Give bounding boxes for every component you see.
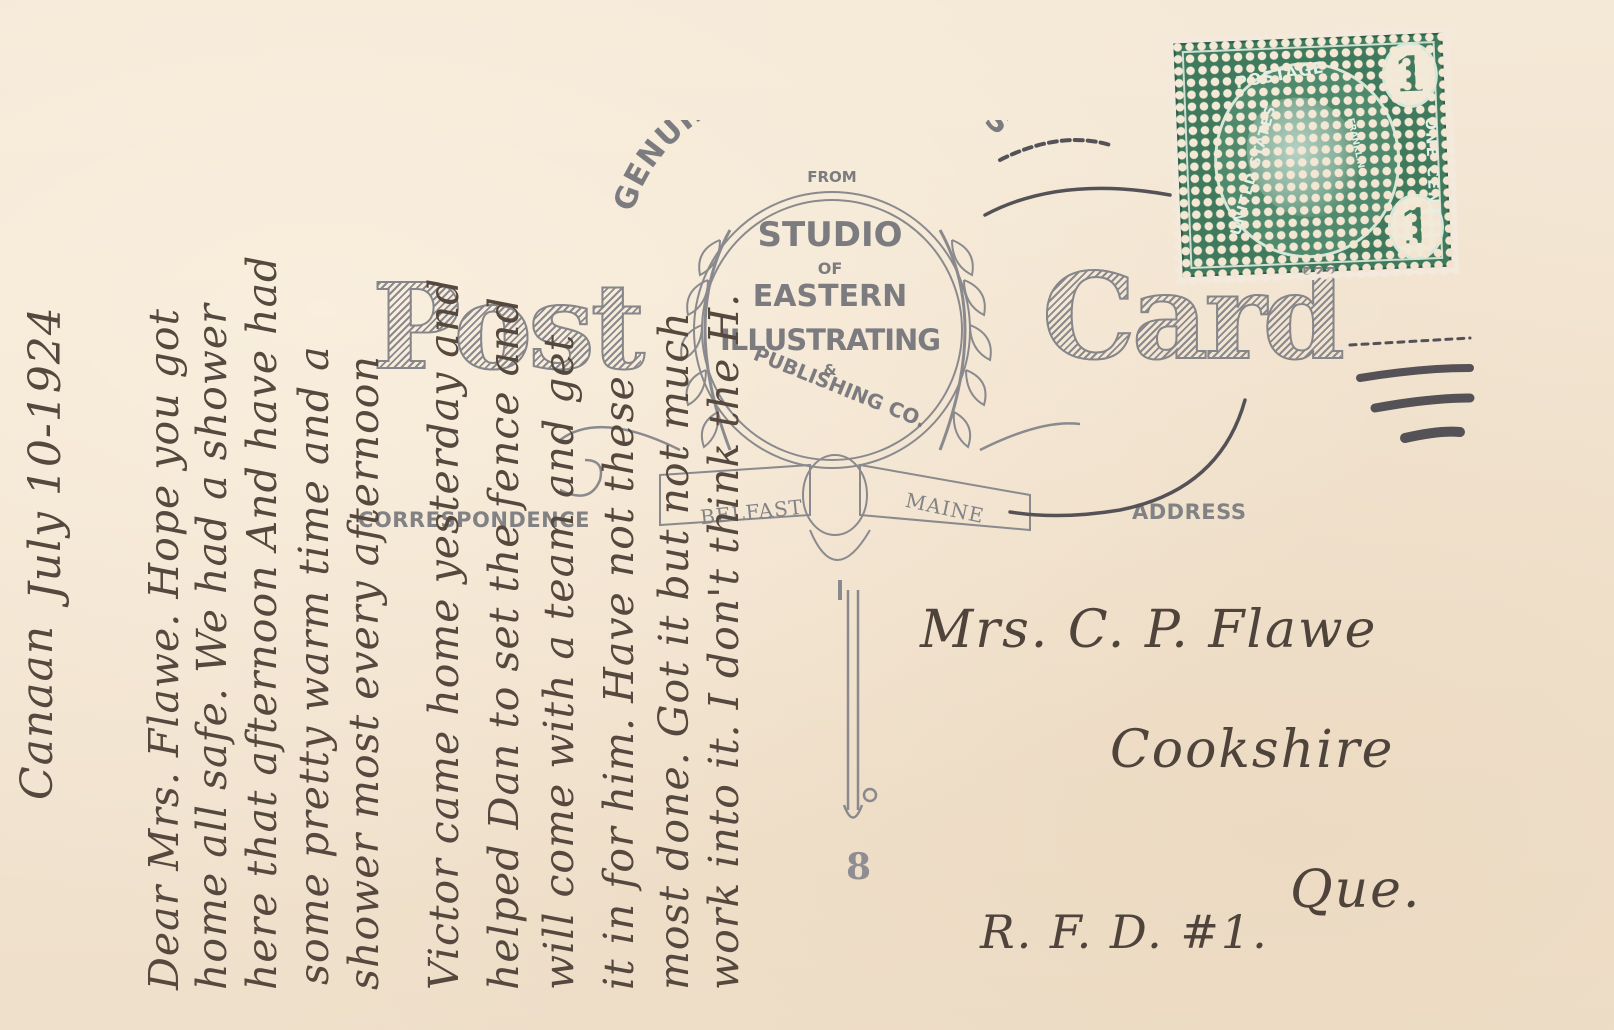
- recipient-name: Mrs. C. P. Flawe: [920, 600, 1377, 660]
- recipient-route: R. F. D. #1.: [980, 905, 1269, 959]
- seal-from-text: FROM: [807, 168, 856, 186]
- postage-stamp: POSTAGE UNITED STATES FRANKLIN 1 1 ONE C…: [1165, 24, 1460, 285]
- message-line: it in for him. Have not these: [595, 375, 643, 990]
- message-line: Dear Mrs. Flawe. Hope you got: [140, 308, 188, 990]
- recipient-province: Que.: [1290, 860, 1421, 920]
- seal-stem-icon: [560, 120, 561, 121]
- message-line: work into it. I don't think the H.: [700, 293, 748, 990]
- message-line: Victor came home yesterday and: [420, 278, 468, 990]
- seal-text-block: STUDIO OF EASTERN ILLUSTRATING & PUBLISH…: [720, 215, 940, 475]
- seal-line-eastern: EASTERN: [720, 279, 940, 314]
- message-line: most done. Got it but not much: [650, 311, 698, 990]
- stamp-value-text: ONE CENT: [1422, 117, 1444, 218]
- message-line: here that afternoon And have had: [238, 255, 286, 990]
- message-line: will come with a team and get: [535, 334, 583, 990]
- message-place: Canaan: [12, 625, 63, 800]
- recipient-town: Cookshire: [1110, 720, 1394, 780]
- message-line: shower most every afternoon: [340, 355, 388, 990]
- message-line: home all safe. We had a shower: [188, 303, 236, 990]
- postcard-back: Post Card: [0, 0, 1614, 1030]
- message-line: some pretty warm time and a: [290, 345, 338, 985]
- serial-mark: 8: [846, 846, 871, 888]
- message-line: helped Dan to set the fence and: [480, 296, 528, 990]
- address-label: ADDRESS: [1132, 500, 1246, 524]
- seal-line-studio: STUDIO: [720, 215, 940, 255]
- seal-line-of: OF: [720, 259, 940, 278]
- seal-stem-icon: [830, 590, 890, 840]
- message-date: July 10-1924: [20, 306, 71, 600]
